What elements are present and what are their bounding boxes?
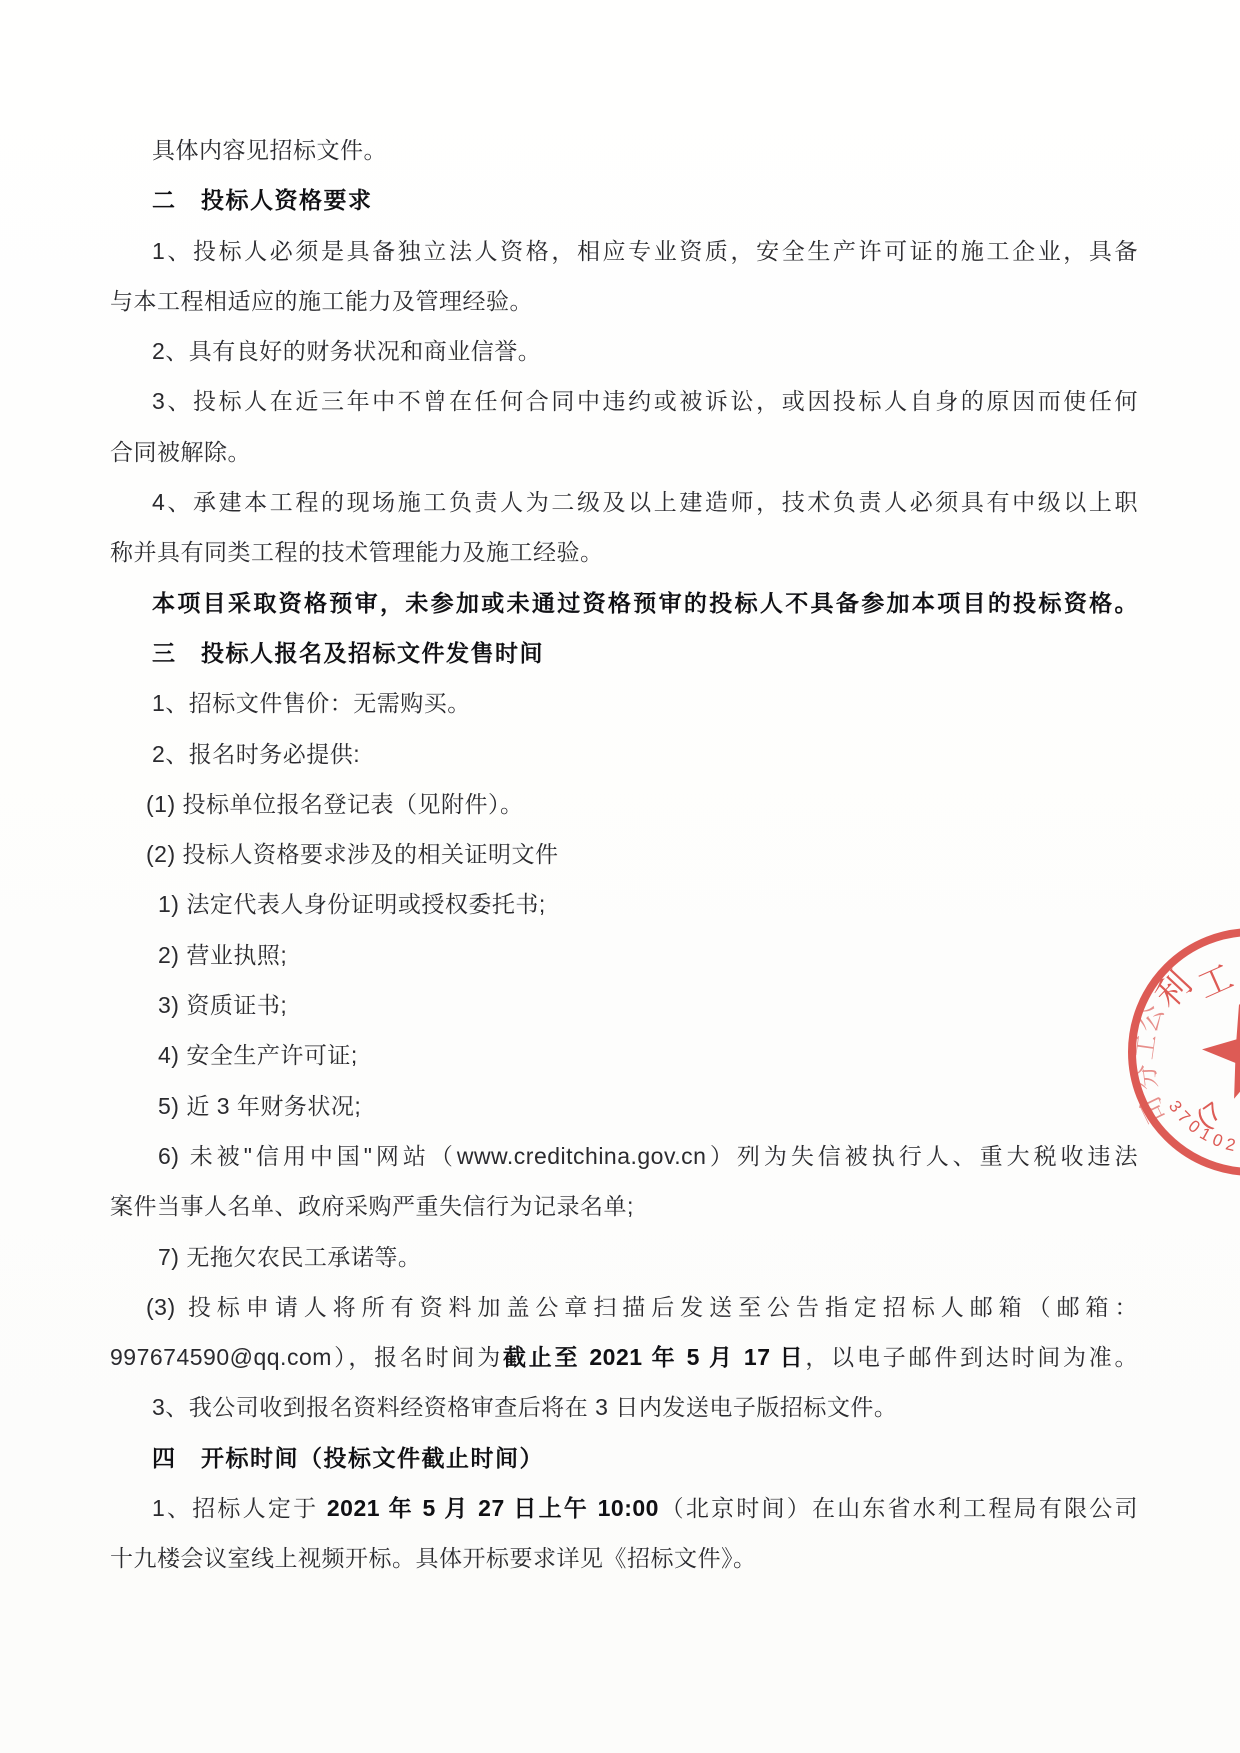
text-run: 4、承建本工程的现场施工负责人为二级及以上建造师，技术负责人必须具有中级以上职: [152, 489, 1138, 515]
section-heading: 三 投标人报名及招标文件发售时间: [110, 628, 1138, 678]
text-run: 称并具有同类工程的技术管理能力及施工经验。: [110, 539, 604, 565]
document-line: 4、承建本工程的现场施工负责人为二级及以上建造师，技术负责人必须具有中级以上职: [110, 477, 1138, 527]
emphasized-text: 本项目采取资格预审，未参加或未通过资格预审的投标人不具备参加本项目的投标资格。: [152, 590, 1138, 616]
text-run: 十九楼会议室线上视频开标。具体开标要求详见《招标文件》。: [110, 1545, 757, 1571]
text-run: 3) 资质证书;: [158, 992, 287, 1018]
text-run: 2、报名时务必提供:: [152, 741, 360, 767]
text-run: 案件当事人名单、政府采购严重失信行为记录名单;: [110, 1193, 634, 1219]
document-line: 1) 法定代表人身份证明或授权委托书;: [110, 879, 1138, 929]
text-run: (1) 投标单位报名登记表（见附件）。: [146, 791, 524, 817]
document-line: 7) 无拖欠农民工承诺等。: [110, 1232, 1138, 1282]
text-run: (3) 投标申请人将所有资料加盖公章扫描后发送至公告指定招标人邮箱（邮箱：: [146, 1294, 1138, 1320]
document-line: 具体内容见招标文件。: [110, 125, 1138, 175]
emphasized-text: 2021 年 5 月 27 日上午 10:00: [327, 1495, 659, 1521]
document-line: 2) 营业执照;: [110, 930, 1138, 980]
document-line: (3) 投标申请人将所有资料加盖公章扫描后发送至公告指定招标人邮箱（邮箱：: [110, 1282, 1138, 1332]
document-line: 与本工程相适应的施工能力及管理经验。: [110, 276, 1138, 326]
seal-star-icon: [1193, 991, 1240, 1103]
section-heading: 二 投标人资格要求: [110, 175, 1138, 225]
document-page: 具体内容见招标文件。二 投标人资格要求1、投标人必须是具备独立法人资格，相应专业…: [0, 0, 1240, 1753]
document-line: 本项目采取资格预审，未参加或未通过资格预审的投标人不具备参加本项目的投标资格。: [110, 578, 1138, 628]
text-run: 1、投标人必须是具备独立法人资格，相应专业资质，安全生产许可证的施工企业，具备: [152, 238, 1138, 264]
text-run: 2) 营业执照;: [158, 942, 287, 968]
document-line: 1、招标文件售价：无需购买。: [110, 678, 1138, 728]
seal-ring-char: 工: [1130, 1033, 1161, 1062]
seal-ring-char: 分: [1130, 1062, 1163, 1091]
document-line: 997674590@qq.com），报名时间为截止至 2021 年 5 月 17…: [110, 1332, 1138, 1382]
text-run: 5) 近 3 年财务状况;: [158, 1093, 361, 1119]
document-line: 2、具有良好的财务状况和商业信誉。: [110, 326, 1138, 376]
document-line: (2) 投标人资格要求涉及的相关证明文件: [110, 829, 1138, 879]
document-line: 3、投标人在近三年中不曾在任何合同中违约或被诉讼，或因投标人自身的原因而使任何: [110, 376, 1138, 426]
text-run: 997674590@qq.com），报名时间为: [110, 1344, 503, 1370]
document-line: 3) 资质证书;: [110, 980, 1138, 1030]
emphasized-text: 二 投标人资格要求: [152, 187, 373, 213]
official-seal: 利 工 公 工 分 司 (7 37010275: [1102, 902, 1240, 1202]
emphasized-text: 截止至 2021 年 5 月 17 日: [503, 1344, 805, 1370]
document-line: 6) 未被"信用中国"网站（www.creditchina.gov.cn）列为失…: [110, 1131, 1138, 1181]
document-line: 1、投标人必须是具备独立法人资格，相应专业资质，安全生产许可证的施工企业，具备: [110, 226, 1138, 276]
document-line: (1) 投标单位报名登记表（见附件）。: [110, 779, 1138, 829]
document-line: 称并具有同类工程的技术管理能力及施工经验。: [110, 527, 1138, 577]
text-run: 6) 未被"信用中国"网站（www.creditchina.gov.cn）列为失…: [158, 1143, 1138, 1169]
document-body: 具体内容见招标文件。二 投标人资格要求1、投标人必须是具备独立法人资格，相应专业…: [110, 125, 1138, 1584]
text-run: 1) 法定代表人身份证明或授权委托书;: [158, 891, 546, 917]
document-line: 十九楼会议室线上视频开标。具体开标要求详见《招标文件》。: [110, 1533, 1138, 1583]
text-run: 4) 安全生产许可证;: [158, 1042, 358, 1068]
text-run: 3、投标人在近三年中不曾在任何合同中违约或被诉讼，或因投标人自身的原因而使任何: [152, 388, 1138, 414]
text-run: 2、具有良好的财务状况和商业信誉。: [152, 338, 541, 364]
emphasized-text: 三 投标人报名及招标文件发售时间: [152, 640, 544, 666]
document-line: 合同被解除。: [110, 427, 1138, 477]
document-line: 2、报名时务必提供:: [110, 729, 1138, 779]
emphasized-text: 四 开标时间（投标文件截止时间）: [152, 1445, 544, 1471]
text-run: 1、招标人定于: [152, 1495, 327, 1521]
text-run: 1、招标文件售价：无需购买。: [152, 690, 471, 716]
section-heading: 四 开标时间（投标文件截止时间）: [110, 1433, 1138, 1483]
text-run: 7) 无拖欠农民工承诺等。: [158, 1244, 421, 1270]
text-run: ，以电子邮件到达时间为准。: [805, 1344, 1138, 1370]
text-run: (2) 投标人资格要求涉及的相关证明文件: [146, 841, 559, 867]
seal-ring-char: 工: [1192, 958, 1239, 1007]
text-run: 3、我公司收到报名资料经资格审查后将在 3 日内发送电子版招标文件。: [152, 1394, 897, 1420]
document-line: 5) 近 3 年财务状况;: [110, 1081, 1138, 1131]
text-run: 具体内容见招标文件。: [152, 137, 387, 163]
text-run: （北京时间）在山东省水利工程局有限公司: [659, 1495, 1138, 1521]
document-line: 1、招标人定于 2021 年 5 月 27 日上午 10:00（北京时间）在山东…: [110, 1483, 1138, 1533]
text-run: 与本工程相适应的施工能力及管理经验。: [110, 288, 533, 314]
document-line: 案件当事人名单、政府采购严重失信行为记录名单;: [110, 1181, 1138, 1231]
text-run: 合同被解除。: [110, 439, 251, 465]
document-line: 3、我公司收到报名资料经资格审查后将在 3 日内发送电子版招标文件。: [110, 1382, 1138, 1432]
document-line: 4) 安全生产许可证;: [110, 1030, 1138, 1080]
